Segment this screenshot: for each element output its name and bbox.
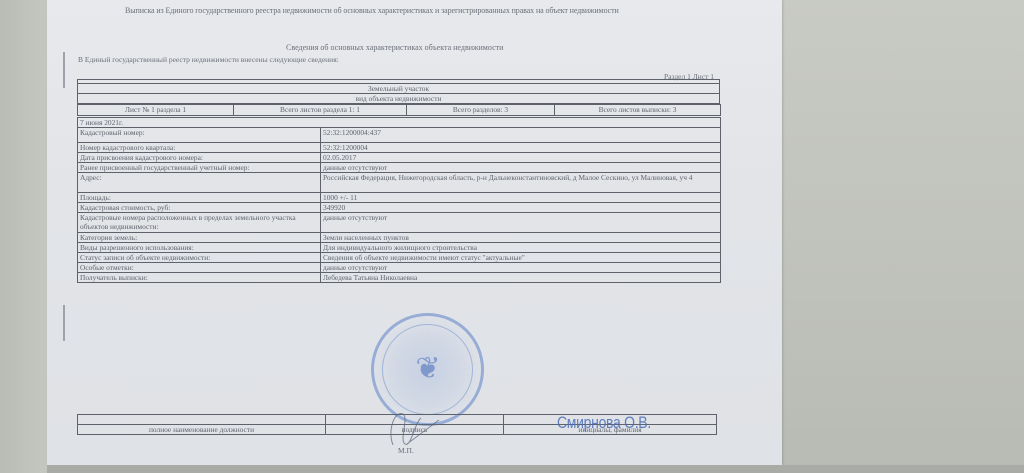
field-label: Особые отметки: [78, 263, 321, 273]
position-cell [78, 415, 326, 425]
table-row: Особые отметки: данные отсутствуют [78, 263, 721, 273]
field-value: 52:32:1200004 [321, 143, 721, 153]
object-type: Земельный участок [78, 84, 720, 94]
field-value: 52:32:1200004:437 [321, 128, 721, 143]
field-value: данные отсутствуют [321, 213, 721, 233]
field-label: Ранее присвоенный государственный учетны… [78, 163, 321, 173]
table-row: Категория земель: Земли населенных пункт… [78, 233, 721, 243]
table-row: Получатель выписки: Лебедева Татьяна Ник… [78, 273, 721, 283]
background-surface [780, 0, 1024, 473]
table-row: Номер кадастрового квартала: 52:32:12000… [78, 143, 721, 153]
property-details-table: 7 июня 2021г. Кадастровый номер: 52:32:1… [77, 117, 721, 283]
field-label: Категория земель: [78, 233, 321, 243]
field-value: 349920 [321, 203, 721, 213]
table-row: Кадастровые номера расположенных в преде… [78, 213, 721, 233]
handwritten-signature [385, 400, 445, 450]
field-label: Площадь: [78, 193, 321, 203]
field-value: Лебедева Татьяна Николаевна [321, 273, 721, 283]
table-row: Кадастровая стоимость, руб: 349920 [78, 203, 721, 213]
object-type-caption: вид объекта недвижимости [78, 94, 720, 104]
field-value: данные отсутствуют [321, 163, 721, 173]
page-edge-shadow [47, 465, 1024, 473]
coat-of-arms-icon: ❦ [410, 346, 446, 392]
field-label: Кадастровая стоимость, руб: [78, 203, 321, 213]
section-sheets-total: Всего листов раздела 1: 1 [234, 105, 407, 116]
field-value: Земли населенных пунктов [321, 233, 721, 243]
extract-date: 7 июня 2021г. [78, 118, 721, 128]
field-label: Дата присвоения кадастрового номера: [78, 153, 321, 163]
sheet-info-table: Лист № 1 раздела 1 Всего листов раздела … [77, 104, 721, 116]
signer-name-stamp: Смирнова О.В. [557, 412, 651, 431]
table-row: Дата присвоения кадастрового номера: 02.… [78, 153, 721, 163]
table-row: Площадь: 1000 +/- 11 [78, 193, 721, 203]
table-row: Виды разрешенного использования: Для инд… [78, 243, 721, 253]
field-label: Статус записи об объекте недвижимости: [78, 253, 321, 263]
field-label: Виды разрешенного использования: [78, 243, 321, 253]
field-value: Российская Федерация, Нижегородская обла… [321, 173, 721, 193]
field-label: Получатель выписки: [78, 273, 321, 283]
sections-total: Всего разделов: 3 [407, 105, 555, 116]
table-row: Адрес: Российская Федерация, Нижегородск… [78, 173, 721, 193]
field-value: данные отсутствуют [321, 263, 721, 273]
table-row: Кадастровый номер: 52:32:1200004:437 [78, 128, 721, 143]
field-label: Номер кадастрового квартала: [78, 143, 321, 153]
document-intro: В Единый государственный реестр недвижим… [78, 55, 339, 64]
field-value: Для индивидуального жилищного строительс… [321, 243, 721, 253]
field-value: Сведения об объекте недвижимости имеют с… [321, 253, 721, 263]
field-value: 02.05.2017 [321, 153, 721, 163]
margin-mark [63, 52, 65, 88]
field-label: Адрес: [78, 173, 321, 193]
table-row: Ранее присвоенный государственный учетны… [78, 163, 721, 173]
sheet-number: Лист № 1 раздела 1 [78, 105, 234, 116]
extract-sheets-total: Всего листов выписки: 3 [555, 105, 721, 116]
document-title: Сведения об основных характеристиках объ… [286, 43, 503, 52]
table-row: Статус записи об объекте недвижимости: С… [78, 253, 721, 263]
object-type-table: Земельный участок вид объекта недвижимос… [77, 79, 720, 104]
margin-mark [63, 305, 65, 341]
seal-caption: М.П. [398, 446, 414, 455]
field-label: Кадастровые номера расположенных в преде… [78, 213, 321, 233]
position-caption: полное наименование должности [78, 425, 326, 435]
field-label: Кадастровый номер: [78, 128, 321, 143]
document-header: Выписка из Единого государственного реес… [125, 6, 685, 15]
field-value: 1000 +/- 11 [321, 193, 721, 203]
